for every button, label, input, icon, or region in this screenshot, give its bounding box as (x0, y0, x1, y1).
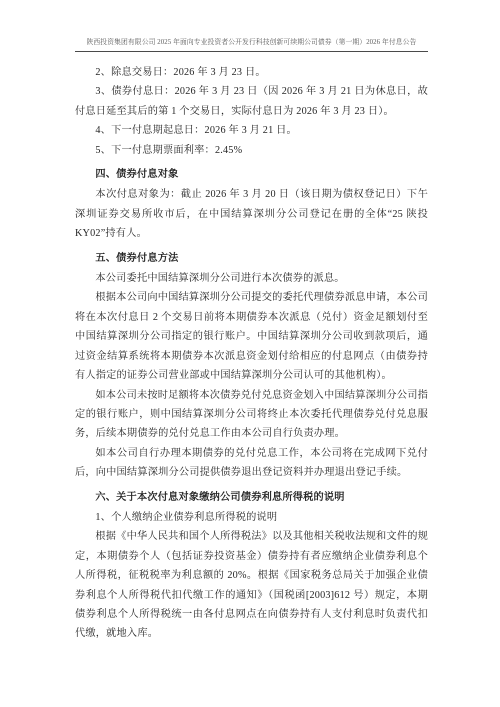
paragraph: 如本公司未按时足额将本次债券兑付兑息资金划入中国结算深圳分公司指定的银行账户，则… (75, 386, 428, 444)
paragraph: 本公司委托中国结算深圳分公司进行本次债券的派息。 (75, 269, 428, 288)
paragraph: 5、下一付息期票面利率：2.45% (75, 141, 428, 160)
document-header-title: 陕西投资集团有限公司 2025 年面向专业投资者公开发行科技创新可续期公司债券（… (75, 38, 428, 52)
paragraph: 本次付息对象为：截止 2026 年 3 月 20 日（该日期为债权登记日）下午深… (75, 185, 428, 243)
section-heading: 五、债券付息方法 (75, 249, 428, 268)
paragraph: 如本公司自行办理本期债券的兑付兑息工作，本公司将在完成网下兑付后，向中国结算深圳… (75, 444, 428, 483)
paragraph: 1、个人缴纳企业债券利息所得税的说明 (75, 508, 428, 527)
paragraph: 根据本公司向中国结算深圳分公司提交的委托代理债券派息申请，本公司将在本次付息日 … (75, 288, 428, 385)
document-body: 2、除息交易日：2026 年 3 月 23 日。3、债券付息日：2026 年 3… (75, 63, 428, 644)
document-page: 陕西投资集团有限公司 2025 年面向专业投资者公开发行科技创新可续期公司债券（… (0, 0, 500, 707)
section-heading: 四、债券付息对象 (75, 165, 428, 184)
section-heading: 六、关于本次付息对象缴纳公司债券利息所得税的说明 (75, 488, 428, 507)
paragraph: 4、下一付息期起息日：2026 年 3 月 21 日。 (75, 121, 428, 140)
paragraph: 2、除息交易日：2026 年 3 月 23 日。 (75, 63, 428, 82)
paragraph: 根据《中华人民共和国个人所得税法》以及其他相关税收法规和文件的规定，本期债券个人… (75, 527, 428, 643)
paragraph: 3、债券付息日：2026 年 3 月 23 日（因 2026 年 3 月 21 … (75, 82, 428, 121)
